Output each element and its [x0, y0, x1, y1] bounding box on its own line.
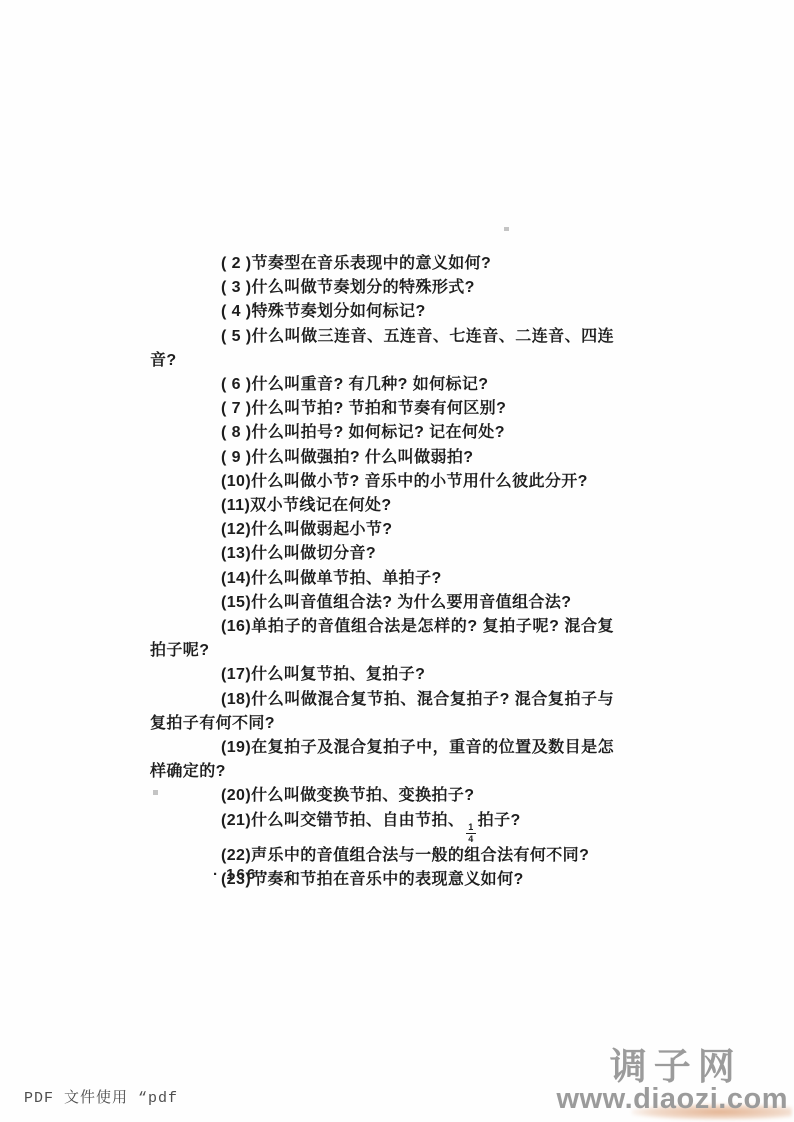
question-item-21: (21)什么叫交错节拍、自由节拍、14拍子?	[150, 809, 614, 844]
question-number: ( 5 )	[221, 328, 252, 345]
question-item-2: ( 2 )节奏型在音乐表现中的意义如何?	[150, 252, 614, 276]
fraction-denominator: 4	[468, 834, 473, 844]
scan-speck	[504, 227, 509, 231]
question-item-18: (18)什么叫做混合复节拍、混合复拍子? 混合复拍子与复拍子有何不同?	[150, 688, 614, 736]
question-number: (15)	[221, 594, 251, 611]
questions-list: ( 2 )节奏型在音乐表现中的意义如何? ( 3 )什么叫做节奏划分的特殊形式?…	[150, 252, 614, 892]
question-text: 单拍子的音值组合法是怎样的? 复拍子呢? 混合复拍子呢?	[150, 618, 614, 659]
question-item-10: (10)什么叫做小节? 音乐中的小节用什么彼此分开?	[150, 470, 614, 494]
question-text: 双小节线记在何处?	[250, 497, 391, 514]
question-number: ( 8 )	[221, 424, 251, 441]
question-item-3: ( 3 )什么叫做节奏划分的特殊形式?	[150, 276, 614, 300]
question-number: (10)	[221, 473, 251, 490]
question-number: (12)	[221, 521, 251, 538]
question-text: 什么叫做强拍? 什么叫做弱拍?	[251, 449, 473, 466]
question-text: 什么叫做小节? 音乐中的小节用什么彼此分开?	[251, 473, 588, 490]
question-text: 什么叫拍号? 如何标记? 记在何处?	[251, 424, 504, 441]
question-text: 什么叫做切分音?	[251, 545, 376, 562]
question-text: 什么叫做节奏划分的特殊形式?	[251, 279, 474, 296]
quarter-fraction: 14	[466, 823, 475, 844]
question-text: 什么叫重音? 有几种? 如何标记?	[251, 376, 488, 393]
site-watermark: 调子网 www.diaozi.com	[556, 1050, 788, 1114]
watermark-site-url: www.diaozi.com	[556, 1084, 788, 1114]
question-number: ( 4 )	[221, 303, 251, 320]
question-text: 什么叫做变换节拍、变换拍子?	[251, 787, 474, 804]
question-text: 什么叫做单节拍、单拍子?	[251, 570, 442, 587]
question-number: ( 7 )	[221, 400, 251, 417]
question-item-20: (20)什么叫做变换节拍、变换拍子?	[150, 784, 614, 808]
question-text: 什么叫做三连音、五连音、七连音、二连音、四连音?	[150, 328, 614, 369]
question-number: (18)	[221, 691, 251, 708]
question-text: 节奏型在音乐表现中的意义如何?	[251, 255, 491, 272]
watermark-site-name: 调子网	[556, 1050, 788, 1084]
question-number: (17)	[221, 666, 251, 683]
question-text: 特殊节奏划分如何标记?	[251, 303, 425, 320]
question-item-19: (19)在复拍子及混合复拍子中，重音的位置及数目是怎样确定的?	[150, 736, 614, 784]
page-number: · 166 ·	[213, 866, 270, 883]
question-number: (21)	[221, 812, 251, 829]
question-number: (22)	[221, 847, 251, 864]
question-item-14: (14)什么叫做单节拍、单拍子?	[150, 567, 614, 591]
question-text: 什么叫做混合复节拍、混合复拍子? 混合复拍子与复拍子有何不同?	[150, 691, 614, 732]
document-page: ( 2 )节奏型在音乐表现中的意义如何? ( 3 )什么叫做节奏划分的特殊形式?…	[0, 0, 794, 1122]
question-item-16: (16)单拍子的音值组合法是怎样的? 复拍子呢? 混合复拍子呢?	[150, 615, 614, 663]
question-item-17: (17)什么叫复节拍、复拍子?	[150, 663, 614, 687]
question-text: 什么叫音值组合法? 为什么要用音值组合法?	[251, 594, 571, 611]
question-text: 节奏和节拍在音乐中的表现意义如何?	[251, 871, 524, 888]
question-number: (20)	[221, 787, 251, 804]
question-item-22: (22)声乐中的音值组合法与一般的组合法有何不同?	[150, 844, 614, 868]
question-item-9: ( 9 )什么叫做强拍? 什么叫做弱拍?	[150, 446, 614, 470]
question-text: 声乐中的音值组合法与一般的组合法有何不同?	[251, 847, 589, 864]
question-text-after-fraction: 拍子?	[478, 812, 521, 829]
question-number: (16)	[221, 618, 251, 635]
question-item-6: ( 6 )什么叫重音? 有几种? 如何标记?	[150, 373, 614, 397]
question-number: (19)	[221, 739, 251, 756]
question-number: (11)	[221, 497, 250, 514]
question-item-11: (11)双小节线记在何处?	[150, 494, 614, 518]
question-text: 什么叫节拍? 节拍和节奏有何区别?	[251, 400, 506, 417]
question-item-4: ( 4 )特殊节奏划分如何标记?	[150, 300, 614, 324]
question-text: 什么叫复节拍、复拍子?	[251, 666, 425, 683]
question-item-13: (13)什么叫做切分音?	[150, 542, 614, 566]
question-item-12: (12)什么叫做弱起小节?	[150, 518, 614, 542]
question-number: ( 2 )	[221, 255, 251, 272]
question-item-8: ( 8 )什么叫拍号? 如何标记? 记在何处?	[150, 421, 614, 445]
question-text-before-fraction: 什么叫交错节拍、自由节拍、	[251, 812, 464, 829]
pdf-note-text: PDF 文件使用 “pdf	[24, 1086, 178, 1107]
question-number: ( 3 )	[221, 279, 251, 296]
question-number: (13)	[221, 545, 251, 562]
fraction-numerator: 1	[466, 823, 475, 834]
question-item-5: ( 5 )什么叫做三连音、五连音、七连音、二连音、四连音?	[150, 325, 614, 373]
question-item-7: ( 7 )什么叫节拍? 节拍和节奏有何区别?	[150, 397, 614, 421]
scan-speck	[153, 790, 158, 795]
question-text: 什么叫做弱起小节?	[251, 521, 392, 538]
question-item-15: (15)什么叫音值组合法? 为什么要用音值组合法?	[150, 591, 614, 615]
question-number: ( 6 )	[221, 376, 251, 393]
question-number: (14)	[221, 570, 251, 587]
question-number: ( 9 )	[221, 449, 251, 466]
question-text: 在复拍子及混合复拍子中，重音的位置及数目是怎样确定的?	[150, 739, 614, 780]
